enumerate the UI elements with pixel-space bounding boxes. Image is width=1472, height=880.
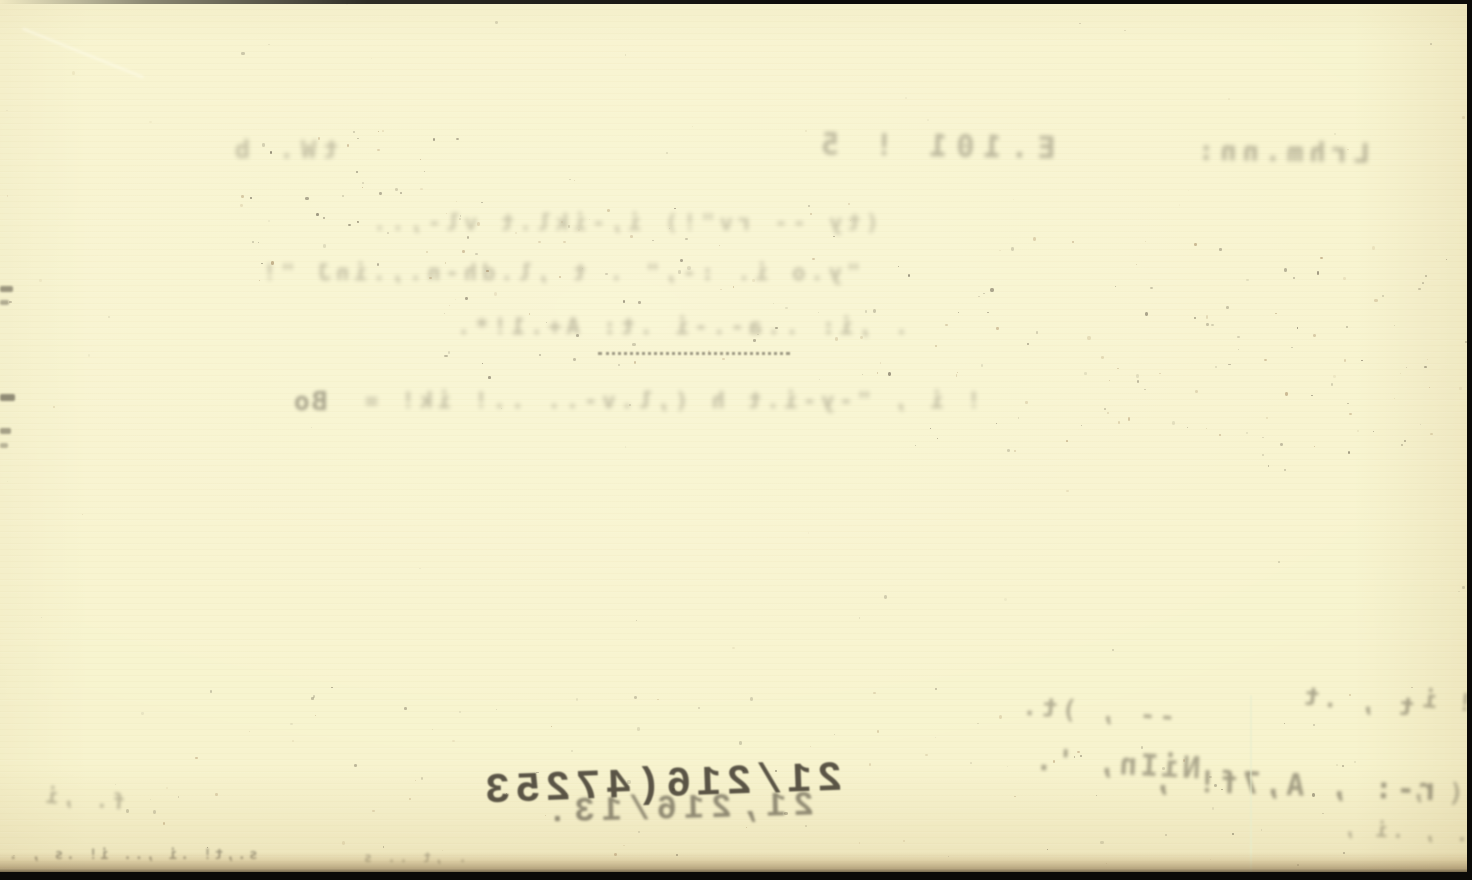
speckle	[357, 221, 358, 222]
speckle	[7, 481, 8, 482]
speckle	[1284, 723, 1285, 724]
speckle	[1394, 325, 1396, 327]
edge-mark-1	[0, 286, 13, 292]
speckle	[1266, 417, 1268, 419]
speckle	[978, 296, 979, 297]
ghost-underline	[598, 352, 790, 355]
speckle	[444, 355, 447, 357]
speckle	[1349, 413, 1352, 415]
speckle	[1430, 433, 1433, 435]
speckle	[1066, 490, 1068, 492]
speckle	[935, 688, 938, 690]
speckle	[1374, 299, 1377, 302]
speckle	[215, 793, 217, 796]
speckle	[452, 740, 455, 743]
speckle	[1112, 649, 1114, 652]
speckle	[903, 840, 905, 842]
speckle	[1036, 331, 1038, 333]
speckle	[1411, 687, 1413, 689]
speckle	[625, 446, 626, 447]
speckle	[1206, 428, 1208, 430]
speckle	[88, 354, 90, 357]
speckle	[379, 192, 382, 196]
speckle	[241, 52, 244, 56]
speckle	[956, 374, 958, 376]
speckle	[810, 746, 811, 747]
speckle	[311, 697, 314, 699]
speckle	[1280, 443, 1283, 446]
speckle	[115, 784, 116, 785]
speckle	[865, 310, 868, 312]
speckle	[1100, 841, 1103, 844]
speckle	[323, 244, 326, 248]
speckle	[1179, 204, 1180, 205]
edge-mark-5	[0, 443, 8, 448]
speckle	[1459, 387, 1461, 390]
speckle	[372, 810, 375, 813]
speckle	[268, 220, 270, 222]
speckle	[996, 327, 998, 329]
speckle	[419, 568, 421, 569]
ghost-typed-date: E.101 ! 5	[812, 128, 1056, 165]
ghost-typed-fragment-topleft: tW. b	[228, 136, 338, 164]
speckle	[559, 276, 561, 278]
speckle	[354, 764, 357, 767]
speckle	[1209, 776, 1212, 778]
speckle	[1014, 796, 1015, 797]
speckle	[316, 213, 319, 216]
speckle	[573, 358, 576, 361]
speckle	[732, 647, 735, 649]
speckle	[1284, 469, 1286, 471]
speckle	[207, 847, 208, 848]
speckle	[1334, 133, 1336, 135]
speckle	[1418, 288, 1420, 290]
speckle	[1246, 279, 1249, 282]
speckle	[627, 780, 630, 783]
speckle	[1246, 432, 1249, 434]
speckle	[1322, 813, 1323, 814]
speckle	[1262, 454, 1263, 456]
speckle	[862, 374, 864, 375]
speckle	[698, 707, 701, 709]
scanner-edge-bottom	[0, 872, 1472, 880]
speckle	[576, 698, 578, 700]
speckle	[568, 225, 570, 227]
speckle	[605, 273, 607, 275]
speckle	[1394, 398, 1395, 399]
speckle	[1007, 766, 1008, 767]
speckle	[1072, 241, 1074, 243]
speckle	[927, 119, 929, 121]
speckle	[1285, 392, 1288, 395]
speckle	[482, 363, 483, 364]
ghost-hand-2: t , .t	[1299, 682, 1416, 721]
paper-crease	[22, 28, 143, 79]
speckle	[708, 350, 710, 352]
speckle	[404, 707, 407, 710]
speckle	[258, 242, 259, 243]
speckle	[750, 697, 753, 701]
speckle	[462, 250, 465, 254]
speckle	[1317, 271, 1320, 274]
ghost-typed-line-4: . ,i: ..a-.-i .t: A+.1!*.	[452, 316, 908, 340]
speckle	[1136, 374, 1139, 378]
speckle	[657, 699, 658, 700]
speckle	[1013, 199, 1014, 200]
speckle	[481, 202, 483, 204]
speckle	[1150, 287, 1153, 289]
scanner-edge-top	[0, 0, 1472, 4]
speckle	[1226, 306, 1229, 309]
speckle	[415, 780, 416, 781]
speckle	[153, 810, 156, 814]
speckle	[1206, 315, 1209, 318]
ghost-hand-7: . , .i ,	[1340, 817, 1469, 846]
speckle	[7, 195, 8, 196]
speckle	[1297, 327, 1299, 328]
speckle	[1342, 765, 1344, 767]
speckle	[1293, 277, 1295, 279]
speckle	[460, 215, 461, 217]
speckle	[448, 351, 450, 354]
speckle	[833, 236, 834, 237]
speckle	[486, 270, 488, 272]
speckle	[141, 712, 143, 714]
speckle	[860, 336, 863, 339]
speckle	[1101, 356, 1104, 358]
speckle	[1344, 359, 1347, 362]
speckle	[785, 307, 787, 309]
speckle	[331, 687, 333, 688]
speckle	[1194, 317, 1196, 319]
speckle	[1206, 323, 1209, 326]
speckle	[1382, 295, 1384, 297]
speckle	[465, 297, 468, 300]
speckle	[429, 277, 431, 279]
speckle	[687, 266, 690, 270]
speckle	[1278, 561, 1280, 563]
speckle	[477, 222, 480, 226]
speckle	[456, 201, 458, 202]
speckle	[496, 709, 497, 710]
speckle	[623, 300, 626, 302]
speckle	[1400, 373, 1401, 374]
speckle	[545, 815, 546, 816]
speckle	[1172, 421, 1175, 425]
speckle	[638, 301, 641, 304]
speckle	[574, 180, 575, 181]
speckle	[1320, 257, 1323, 260]
speckle	[421, 777, 423, 779]
speckle	[1080, 755, 1082, 757]
speckle	[515, 232, 516, 234]
speckle	[195, 757, 197, 760]
speckle	[784, 812, 787, 815]
ghost-typed-line-3: "y.o i. :-," . t ,l.dh-n.,.inJ "!	[258, 262, 860, 286]
speckle	[1424, 366, 1426, 368]
speckle	[1336, 764, 1338, 766]
speckle	[1228, 98, 1231, 100]
speckle	[859, 617, 860, 618]
speckle	[977, 723, 979, 724]
speckle	[877, 372, 879, 374]
speckle	[1238, 349, 1239, 350]
ghost-typed-line-5a: Bo	[292, 388, 327, 417]
speckle	[377, 149, 379, 151]
speckle	[945, 324, 947, 326]
speckle	[1406, 367, 1407, 368]
speckle	[1348, 451, 1350, 454]
speckle	[775, 327, 777, 329]
speckle	[987, 312, 988, 313]
scanner-edge-right	[1467, 0, 1472, 880]
speckle	[999, 715, 1002, 719]
speckle	[163, 822, 165, 825]
speckle	[634, 361, 636, 364]
speckle	[637, 727, 640, 731]
speckle	[1188, 190, 1189, 191]
speckle	[1047, 849, 1048, 850]
speckle	[999, 250, 1001, 252]
speckle	[898, 266, 899, 267]
speckle	[39, 279, 42, 282]
speckle	[1446, 259, 1447, 260]
speckle	[618, 364, 620, 366]
speckle	[859, 842, 860, 843]
speckle	[1219, 434, 1220, 435]
speckle	[1033, 237, 1036, 241]
speckle	[908, 274, 910, 277]
speckle	[739, 741, 742, 745]
speckle	[752, 279, 755, 282]
speckle	[1211, 324, 1214, 326]
speckle	[720, 289, 721, 290]
speckle	[6, 110, 8, 112]
speckle	[1183, 759, 1185, 762]
speckle	[538, 241, 540, 243]
speckle	[1004, 598, 1007, 601]
speckle	[546, 322, 547, 323]
speckle	[569, 179, 571, 180]
speckle	[1014, 450, 1016, 452]
speckle	[1137, 380, 1139, 383]
speckle	[678, 270, 681, 273]
speckle	[981, 364, 984, 367]
speckle	[1165, 834, 1167, 836]
speckle	[305, 197, 308, 200]
speckle	[53, 406, 55, 408]
speckle	[1144, 389, 1146, 390]
speckle	[150, 799, 151, 800]
speckle	[1313, 334, 1316, 337]
speckle	[1212, 807, 1214, 809]
speckle	[1404, 440, 1406, 442]
speckle	[1349, 694, 1351, 696]
speckle	[834, 734, 835, 735]
speckle	[634, 696, 637, 699]
speckle	[262, 143, 265, 146]
speckle	[268, 44, 269, 45]
speckle	[444, 313, 445, 314]
edge-mark-2	[0, 300, 9, 305]
speckle	[1462, 586, 1464, 589]
speckle	[1053, 760, 1056, 763]
speckle	[357, 138, 359, 139]
speckle	[719, 245, 720, 246]
speckle	[362, 187, 363, 188]
speckle	[1261, 829, 1263, 830]
speckle	[420, 188, 423, 190]
speckle	[41, 617, 42, 618]
ghost-hand-6: ( ,	[1407, 776, 1465, 808]
speckle	[937, 438, 938, 439]
speckle	[819, 379, 821, 381]
speckle	[1187, 427, 1188, 428]
speckle	[311, 427, 313, 429]
ghost-hand-8: f. ,i	[41, 784, 126, 814]
speckle	[1458, 591, 1460, 593]
speckle	[1117, 368, 1119, 370]
speckle	[395, 188, 398, 191]
speckle	[178, 796, 180, 798]
speckle	[1343, 277, 1346, 280]
speckle	[426, 251, 428, 253]
speckle	[746, 827, 747, 828]
scratch-line	[1250, 695, 1252, 873]
speckle	[884, 595, 887, 599]
edge-mark-4	[0, 428, 11, 434]
speckle	[348, 224, 351, 226]
speckle	[1314, 446, 1315, 447]
speckle	[629, 404, 631, 406]
speckle	[805, 825, 807, 827]
ghost-typed-line-2: (ty -- rv"!) i,-ikl.t vl-,..	[368, 212, 879, 236]
speckle	[1284, 268, 1287, 272]
speckle	[582, 268, 583, 269]
speckle	[1346, 326, 1348, 328]
speckle	[259, 280, 260, 281]
speckle	[1162, 767, 1165, 770]
speckle	[692, 126, 693, 127]
speckle	[1264, 359, 1267, 361]
speckle	[342, 195, 344, 196]
speckle	[249, 731, 250, 732]
speckle	[467, 236, 469, 239]
speckle	[1219, 248, 1221, 250]
speckle	[873, 309, 876, 313]
speckle	[1145, 312, 1148, 316]
speckle	[1427, 359, 1428, 360]
speckle	[632, 343, 635, 346]
speckle	[1462, 116, 1465, 119]
speckle	[409, 798, 411, 800]
speckle	[506, 793, 507, 794]
speckle	[1232, 833, 1234, 835]
speckle	[1195, 390, 1198, 393]
speckle	[1118, 421, 1120, 423]
speckle	[1011, 247, 1014, 250]
speckle	[808, 532, 809, 533]
speckle	[488, 376, 490, 379]
speckle	[1333, 375, 1336, 378]
speckle	[566, 793, 567, 794]
speckle	[449, 305, 450, 306]
speckle	[576, 334, 579, 337]
speckle	[1401, 444, 1403, 446]
speckle	[805, 130, 807, 132]
speckle	[996, 423, 997, 424]
speckle	[818, 312, 819, 313]
speckle	[271, 261, 274, 264]
speckle	[1291, 347, 1292, 348]
speckle	[323, 217, 325, 218]
speckle	[1096, 795, 1097, 796]
speckle	[869, 763, 871, 766]
speckle	[539, 354, 541, 356]
ghost-hand-5: ! i	[1419, 686, 1472, 717]
speckle	[625, 54, 626, 55]
speckle	[445, 262, 446, 263]
speckle	[494, 292, 497, 296]
speckle	[630, 235, 633, 238]
speckle	[362, 182, 364, 184]
speckle	[685, 238, 687, 240]
speckle	[1262, 437, 1264, 438]
speckle	[1237, 336, 1239, 338]
speckle	[149, 121, 152, 123]
speckle	[82, 514, 84, 516]
speckle	[935, 737, 936, 738]
speckle	[970, 762, 972, 764]
speckle	[166, 787, 168, 789]
speckle	[652, 240, 654, 241]
speckle	[930, 428, 931, 429]
speckle	[495, 21, 498, 24]
speckle	[905, 97, 907, 99]
speckle	[290, 723, 293, 726]
speckle	[371, 58, 372, 59]
speckle	[1373, 431, 1374, 432]
speckle	[1109, 380, 1110, 381]
speckle	[1357, 430, 1359, 432]
speckle	[250, 197, 252, 200]
speckle	[810, 213, 812, 214]
speckle	[456, 138, 459, 141]
speckle	[551, 726, 553, 727]
speckle	[888, 372, 891, 376]
speckle	[1104, 408, 1106, 410]
speckle	[1124, 30, 1126, 31]
speckle	[1107, 412, 1108, 414]
speckle	[356, 171, 358, 173]
scanned-card-back: tW. bE.101 ! 5Lrhm.nn:(ty -- rv"!) i,-ik…	[0, 0, 1472, 880]
speckle	[1018, 417, 1019, 418]
speckle	[459, 711, 461, 713]
speckle	[400, 192, 402, 194]
speckle	[1194, 243, 1197, 247]
speckle	[1221, 789, 1222, 791]
speckle	[292, 740, 293, 741]
speckle	[1331, 383, 1333, 386]
speckle	[1079, 23, 1080, 24]
speckle	[1145, 241, 1146, 242]
speckle	[377, 263, 379, 266]
speckle	[342, 841, 345, 845]
speckle	[1425, 275, 1427, 277]
speckle	[424, 171, 425, 172]
speckle	[210, 690, 213, 693]
